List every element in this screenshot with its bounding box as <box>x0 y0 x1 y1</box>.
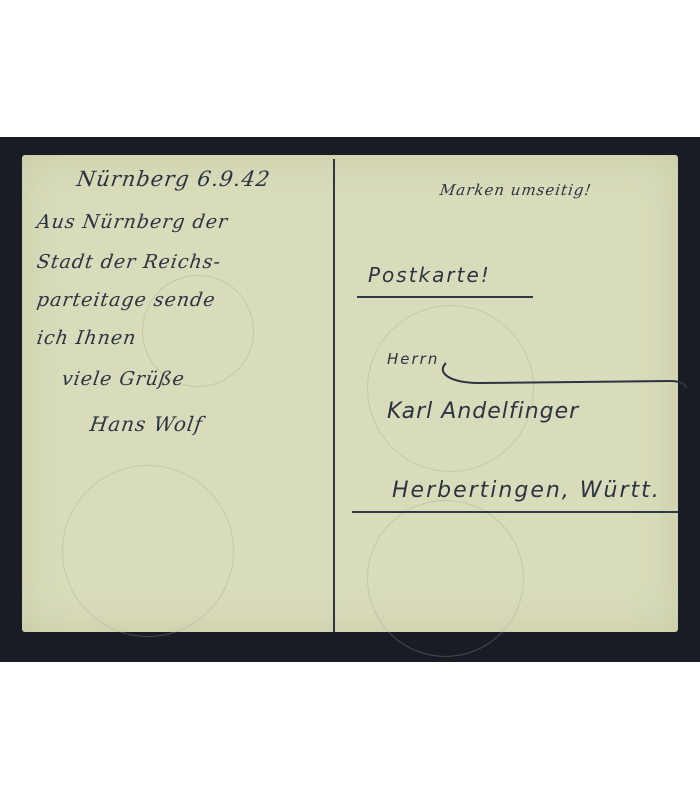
message-line: ich Ihnen <box>35 327 138 349</box>
card-type-underline <box>357 296 533 298</box>
signature: Hans Wolf <box>88 412 204 436</box>
salutation: Herrn <box>387 350 439 368</box>
recipient-name: Karl Andelfinger <box>387 399 579 424</box>
message-line: Aus Nürnberg der <box>35 211 229 233</box>
faint-postmark-circle <box>367 500 524 657</box>
card-type-label: Postkarte! <box>368 263 491 287</box>
message-line: parteitage sende <box>35 289 217 311</box>
underline-swash <box>440 359 690 389</box>
faint-postmark-circle <box>62 465 234 637</box>
card-divider-line <box>333 159 335 632</box>
message-line: viele Grüße <box>60 368 186 390</box>
recipient-town: Herbertingen, Württ. <box>392 478 661 503</box>
stamp-note: Marken umseitig! <box>439 181 593 199</box>
recipient-town-underline <box>352 511 678 513</box>
postcard: Nürnberg 6.9.42 Aus Nürnberg der Stadt d… <box>22 155 678 632</box>
place-date: Nürnberg 6.9.42 <box>75 167 272 191</box>
message-line: Stadt der Reichs- <box>35 251 222 273</box>
